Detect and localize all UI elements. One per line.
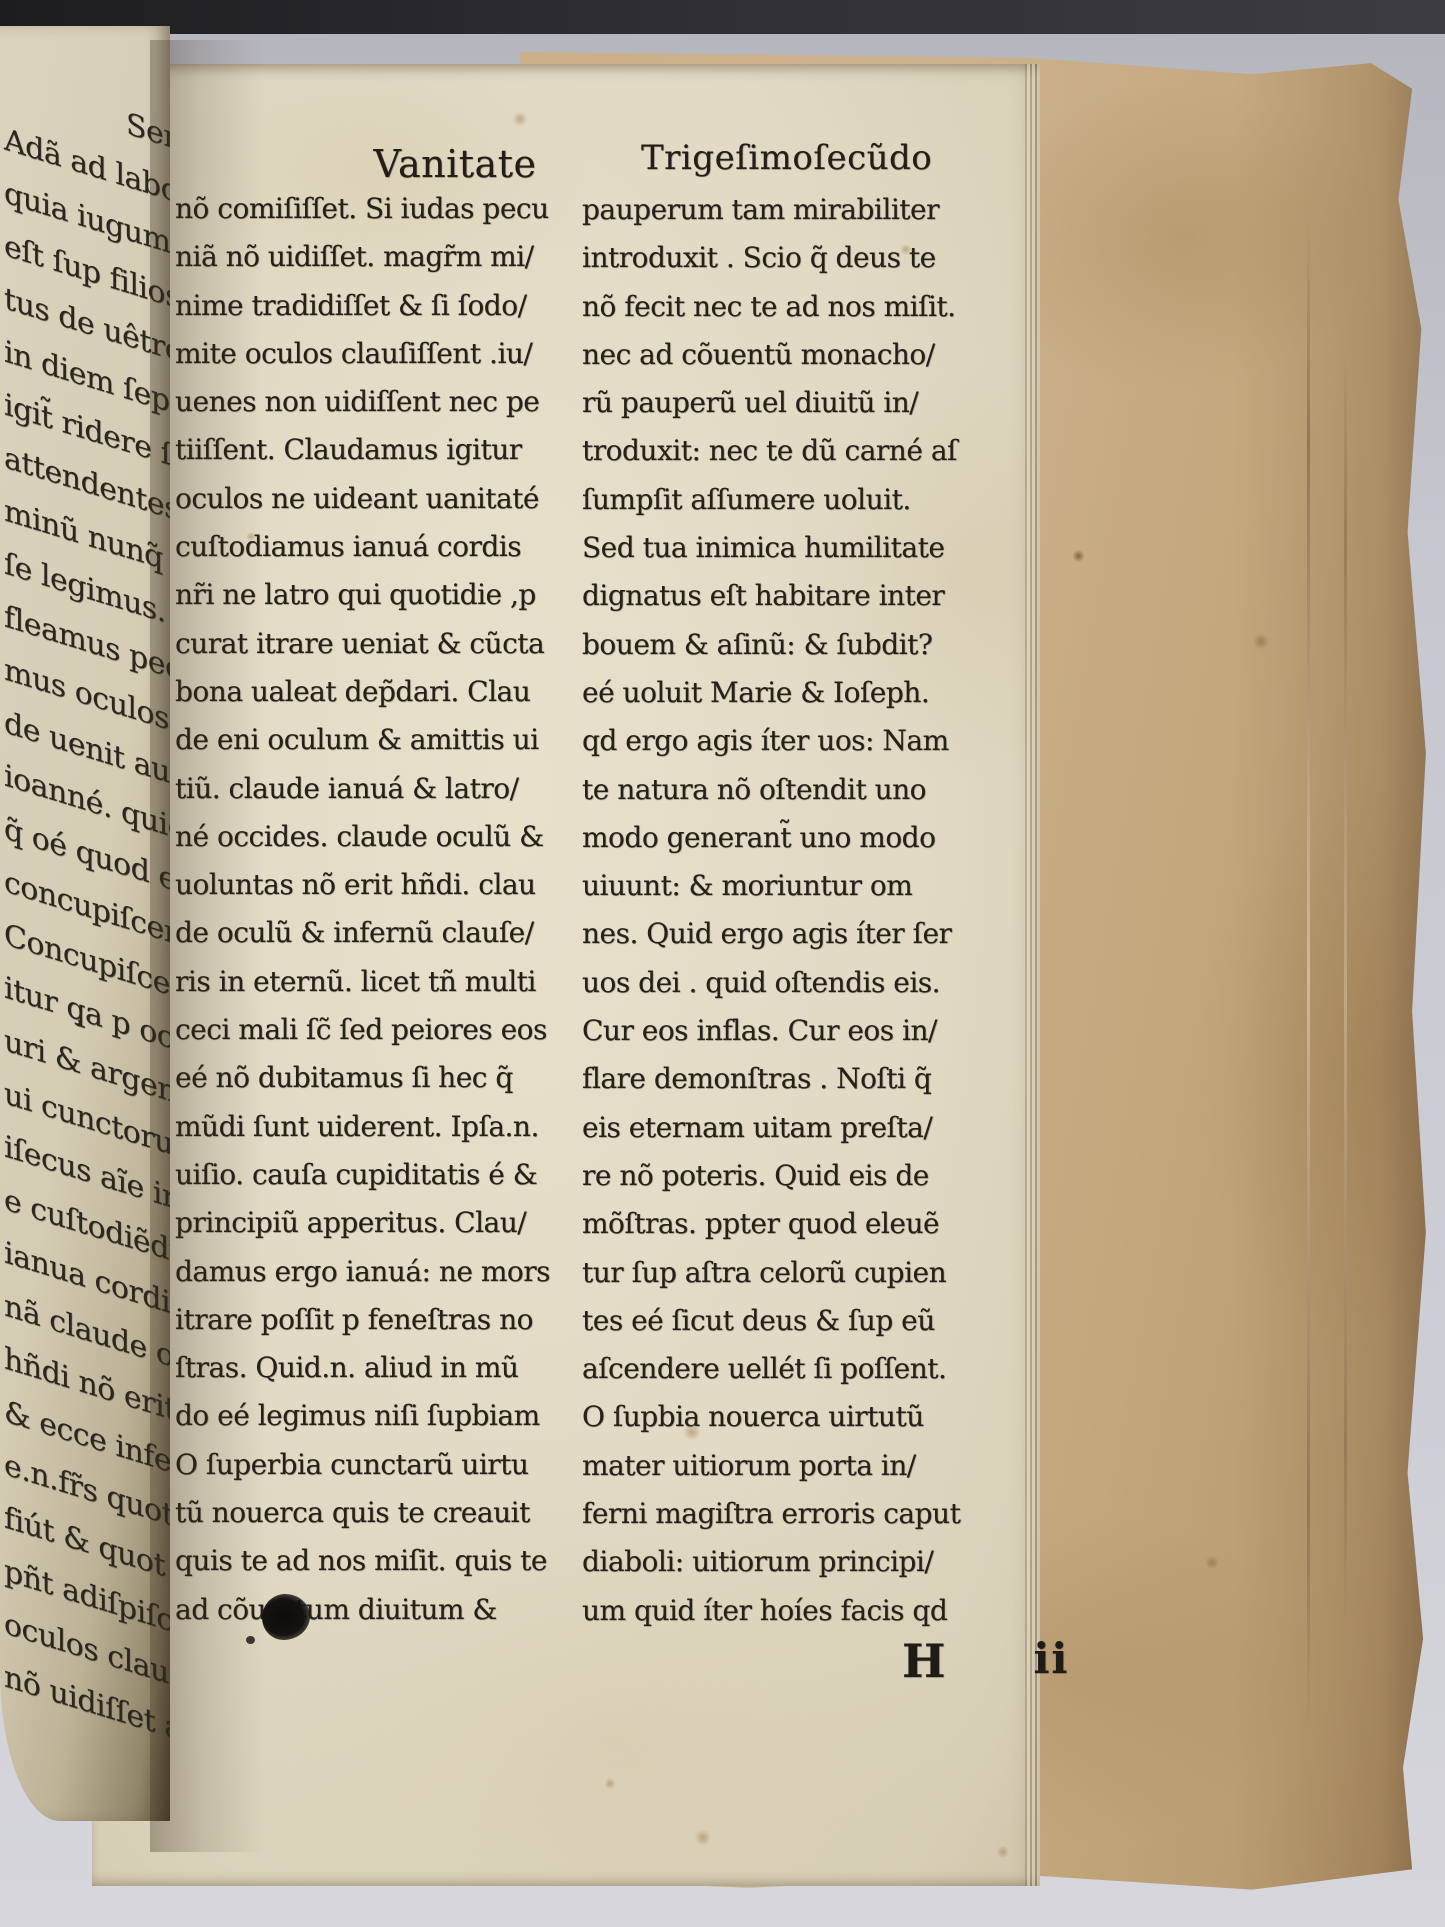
printed-text-line: cuſtodiamus ianuá cordis xyxy=(175,523,575,571)
printed-text-line: damus ergo ianuá: ne mors xyxy=(175,1248,575,1296)
quire-signature: H ii xyxy=(902,1634,1069,1688)
printed-text-line: O ſupbia nouerca uirtutũ xyxy=(582,1393,994,1441)
printed-text-line: aſcendere uellét ſi poſſent. xyxy=(582,1345,994,1393)
printed-text-line: bouem & aſinũ: & ſubdit? xyxy=(582,621,994,669)
running-header-right: Trigeſimoſecũdo xyxy=(641,138,911,178)
printed-text-line: mite oculos clauſiſſent .iu/ xyxy=(175,330,575,378)
printed-text-line: nõ fecit nec te ad nos miſit. xyxy=(582,283,994,331)
printed-text-line: de eni oculum & amittis ui xyxy=(175,716,575,764)
printed-text-line: nes. Quid ergo agis íter ſer xyxy=(582,910,994,958)
paper-crease xyxy=(1344,347,1347,1639)
printed-text-line: qd ergo agis íter uos: Nam xyxy=(582,717,994,765)
running-header-left: Vanitate xyxy=(340,142,570,186)
printed-text-line: re nõ poteris. Quid eis de xyxy=(582,1152,994,1200)
printed-text-line: nõ comiſiſſet. Si iudas pecu xyxy=(175,185,575,233)
printed-text-line: O ſuperbia cunctarũ uirtu xyxy=(175,1441,575,1489)
printed-text-line: nime tradidiſſet & ſi ſodo/ xyxy=(175,282,575,330)
printed-text-line: eé nõ dubitamus ſi hec q̃ xyxy=(175,1054,575,1102)
printed-text-line: curat itrare ueniat & cũcta xyxy=(175,620,575,668)
printed-text-line: uiſio. cauſa cupiditatis é & xyxy=(175,1151,575,1199)
printed-text-line: nr̃i ne latro qui quotidie ,p xyxy=(175,571,575,619)
printed-text-line: de oculũ & infernũ clauſe/ xyxy=(175,909,575,957)
printed-text-line: tes eé ſicut deus & ſup eũ xyxy=(582,1297,994,1345)
printed-text-line: um quid íter hoíes facis qd xyxy=(582,1587,994,1635)
printed-text-line: introduxit . Scio q̃ deus te xyxy=(582,234,994,282)
printed-text-line: eis eternam uitam preſta/ xyxy=(582,1104,994,1152)
printed-text-line: uenes non uidiſſent nec pe xyxy=(175,378,575,426)
printed-text-line: pauperum tam mirabiliter xyxy=(582,186,994,234)
printed-text-line: dignatus eſt habitare inter xyxy=(582,572,994,620)
printed-text-line: flare demonſtras . Noſti q̃ xyxy=(582,1055,994,1103)
printed-text-line: rũ pauperũ uel diuitũ in/ xyxy=(582,379,994,427)
printed-text-line: tũ nouerca quis te creauit xyxy=(175,1489,575,1537)
book-photo: SermoAdã ad laborẽ & doquia iugum graue … xyxy=(0,0,1445,1927)
printed-text-line: ad cõuertum diuitum & xyxy=(175,1586,575,1634)
backdrop-top-band xyxy=(0,0,1445,34)
printed-text-line: principiũ apperitus. Clau/ xyxy=(175,1199,575,1247)
signature-numeral: ii xyxy=(1033,1634,1069,1688)
printed-text-line: te natura nõ oſtendit uno xyxy=(582,766,994,814)
printed-text-line: ferni magiſtra erroris caput xyxy=(582,1490,994,1538)
printed-text-line: né occides. claude oculũ & xyxy=(175,813,575,861)
page-block-edge xyxy=(1025,64,1040,1886)
printed-text-line: uoluntas nõ erit hñdi. clau xyxy=(175,861,575,909)
printed-text-line: diaboli: uitiorum principi/ xyxy=(582,1538,994,1586)
curled-verso-page: SermoAdã ad laborẽ & doquia iugum graue … xyxy=(0,26,170,1821)
text-column-right: pauperum tam mirabiliterintroduxit . Sci… xyxy=(582,186,994,1635)
printed-text-line: quis te ad nos miſit. quis te xyxy=(175,1537,575,1585)
printed-text-line: do eé legimus niſi ſupbiam xyxy=(175,1392,575,1440)
printed-text-line: tiiſſent. Claudamus igitur xyxy=(175,426,575,474)
printed-text-line: nec ad cõuentũ monacho/ xyxy=(582,331,994,379)
signature-letter: H xyxy=(902,1634,945,1688)
printed-text-line: uiuunt: & moriuntur om xyxy=(582,862,994,910)
printed-text-line: mater uitiorum porta in/ xyxy=(582,1442,994,1490)
printed-text-line: eé uoluit Marie & Ioſeph. xyxy=(582,669,994,717)
printed-text-line: uos dei . quid oſtendis eis. xyxy=(582,959,994,1007)
verso-text-block: SermoAdã ad laborẽ & doquia iugum graue … xyxy=(4,60,170,1821)
printed-text-line: Sed tua inimica humilitate xyxy=(582,524,994,572)
text-column-left: nõ comiſiſſet. Si iudas pecuniã nõ uidiſ… xyxy=(175,185,575,1634)
printed-text-line: mõſtras. ppter quod eleuẽ xyxy=(582,1200,994,1248)
printed-text-line: ceci mali ſc̃ ſed peiores eos xyxy=(175,1006,575,1054)
ink-spatter-dot xyxy=(246,1636,255,1644)
printed-text-line: ſumpſit aſſumere uoluit. xyxy=(582,476,994,524)
printed-text-line: itrare poſſit p feneſtras no xyxy=(175,1296,575,1344)
printed-text-line: modo generant̃ uno modo xyxy=(582,814,994,862)
printed-text-line: Cur eos inflas. Cur eos in/ xyxy=(582,1007,994,1055)
printed-text-line: oculos ne uideant uanitaté xyxy=(175,475,575,523)
paper-crease xyxy=(1307,218,1310,1731)
printed-text-line: tur ſup aſtra celorũ cupien xyxy=(582,1249,994,1297)
printed-text-line: bona ualeat dep̃dari. Clau xyxy=(175,668,575,716)
printed-text-line: tiũ. claude ianuá & latro/ xyxy=(175,765,575,813)
printed-text-line: niã nõ uidiſſet. magr̃m mi/ xyxy=(175,233,575,281)
printed-text-line: mũdi ſunt uiderent. Ipſa.n. xyxy=(175,1103,575,1151)
printed-text-line: ris in eternũ. licet tñ multi xyxy=(175,958,575,1006)
printed-text-line: ſtras. Quid.n. aliud in mũ xyxy=(175,1344,575,1392)
printed-text-line: troduxit: nec te dũ carné aſ xyxy=(582,427,994,475)
